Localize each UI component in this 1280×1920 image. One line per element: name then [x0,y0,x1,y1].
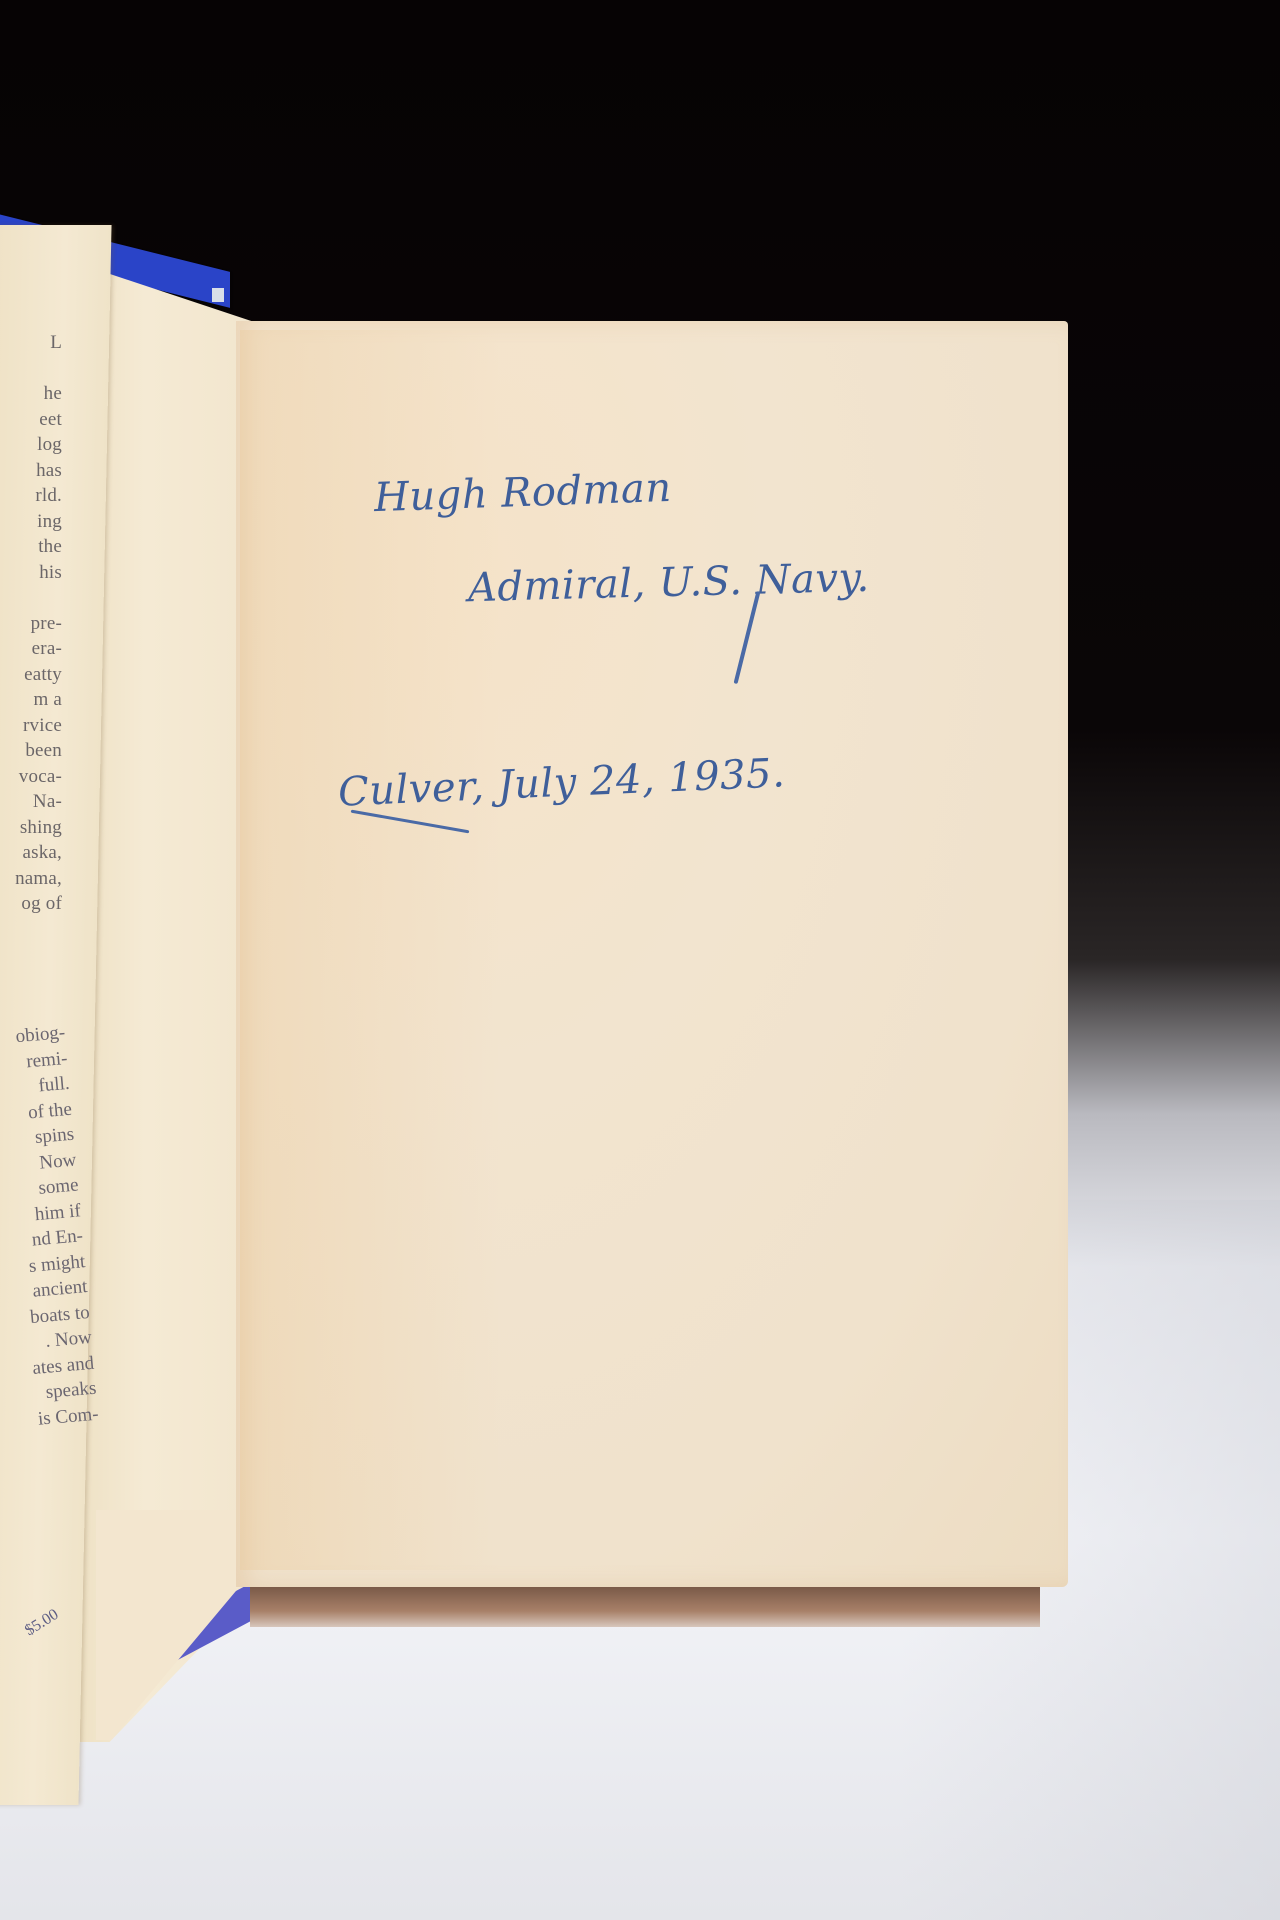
cover-corner-wear [212,288,224,302]
flap-line: rld. [0,483,62,509]
flap-line: L [0,330,62,356]
flap-line: he [0,381,62,407]
flap-line: voca- [0,764,62,790]
flap-line: the [0,534,62,560]
flap-line: aska, [0,840,62,866]
flap-line: m a [0,687,62,713]
flap-line [0,356,62,382]
flap-line: rvice [0,713,62,739]
flap-line: shing [0,815,62,841]
flap-line: eatty [0,662,62,688]
book-block-shadow [250,1585,1040,1627]
flap-line [0,585,62,611]
flap-line: nama, [0,866,62,892]
flap-line: been [0,738,62,764]
flap-line: eet [0,407,62,433]
flap-line: log [0,432,62,458]
flap-line: his [0,560,62,586]
flap-line: pre- [0,611,62,637]
flap-line: Na- [0,789,62,815]
flap-line: ing [0,509,62,535]
flap-text-upper: L he eet log has rld. ing the his pre- e… [0,330,62,917]
flap-line: has [0,458,62,484]
flap-line: era- [0,636,62,662]
flap-line: og of [0,891,62,917]
